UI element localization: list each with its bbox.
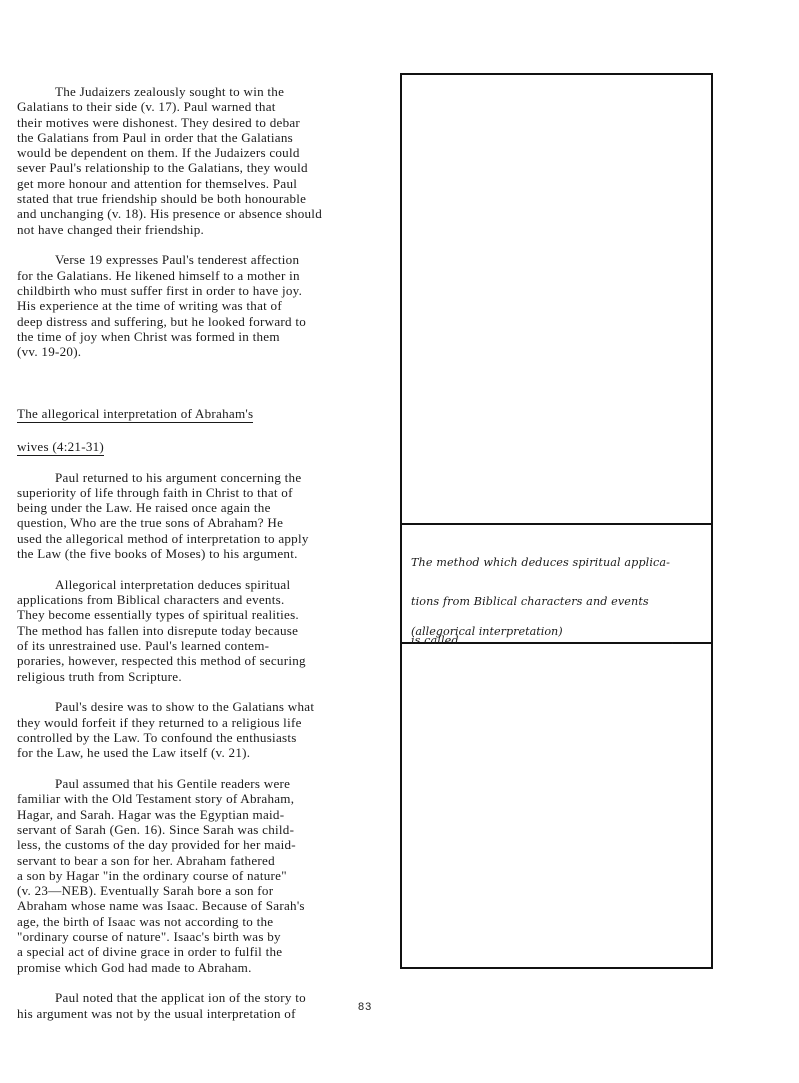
frame-question-line-1: The method which deduces spiritual appli… — [411, 556, 670, 569]
paragraph-paul-assumed: Paul assumed that his Gentile readers we… — [17, 776, 397, 975]
answer-blank-2 — [571, 633, 671, 644]
left-text-column: The Judaizers zealously sought to win th… — [17, 84, 397, 1021]
paragraph-verse-19: Verse 19 expresses Paul's tenderest affe… — [17, 252, 397, 359]
section-heading-line-2: wives (4:21-31) — [17, 439, 104, 456]
page-number: 83 — [358, 1001, 372, 1013]
section-heading: The allegorical interpretation of Abraha… — [17, 390, 397, 456]
paragraph-allegorical-interpretation: Allegorical interpretation deduces spiri… — [17, 577, 397, 684]
frame-question: The method which deduces spiritual appli… — [402, 525, 711, 644]
paragraph-judaizers: The Judaizers zealously sought to win th… — [17, 84, 397, 237]
frame-question-line-2: tions from Biblical characters and event… — [411, 595, 649, 608]
frame-answer: (allegorical interpretation) — [411, 624, 563, 640]
paragraph-paul-returned: Paul returned to his argument concerning… — [17, 470, 397, 562]
section-heading-line-1: The allegorical interpretation of Abraha… — [17, 406, 253, 423]
paragraph-pauls-desire: Paul's desire was to show to the Galatia… — [17, 699, 397, 760]
programmed-frame-box: The method which deduces spiritual appli… — [400, 73, 713, 969]
paragraph-paul-noted: Paul noted that the applicat ion of the … — [17, 990, 397, 1021]
frame-blank-top — [402, 75, 711, 525]
frame-question-period: . — [671, 634, 675, 647]
